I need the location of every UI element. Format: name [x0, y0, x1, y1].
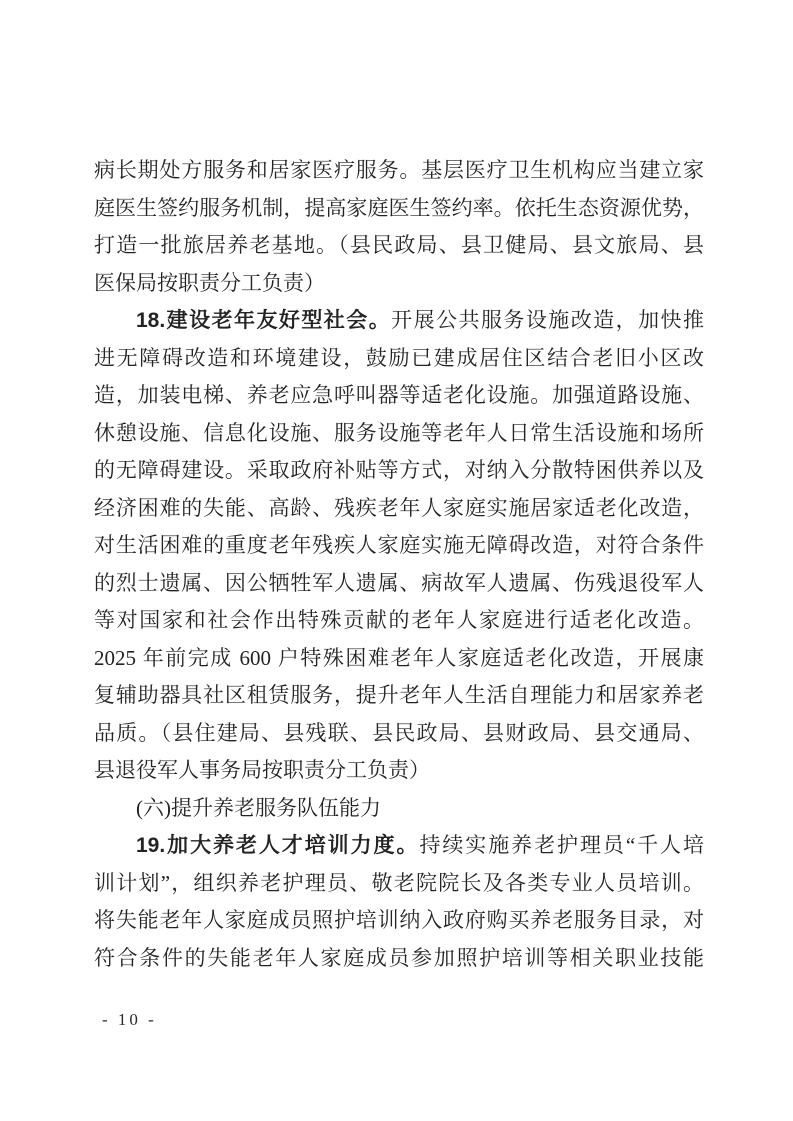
document-page: 病长期处方服务和居家医疗服务。基层医疗卫生机构应当建立家庭医生签约服务机制，提高…	[0, 0, 793, 1121]
line-text: 病长期处方服务和居家医疗服务。基层医疗卫生机构应当建立家	[94, 158, 704, 182]
line-text: 县退役军人事务局按职责分工负责）	[94, 758, 430, 782]
text-line: 符合条件的失能老年人家庭成员参加照护培训等相关职业技能	[94, 940, 704, 978]
line-text: 等对国家和社会作出特殊贡献的老年人家庭进行适老化改造。	[94, 608, 704, 632]
text-line: 对生活困难的重度老年残疾人家庭实施无障碍改造，对符合条件	[94, 527, 704, 565]
text-line: (六)提升养老服务队伍能力	[94, 790, 704, 828]
text-line: 的烈士遗属、因公牺牲军人遗属、病故军人遗属、伤残退役军人	[94, 565, 704, 603]
line-text: 将失能老年人家庭成员照护培训纳入政府购买养老服务目录，对	[94, 908, 704, 932]
line-text: 持续实施养老护理员“千人培	[419, 833, 704, 857]
text-line: 将失能老年人家庭成员照护培训纳入政府购买养老服务目录，对	[94, 902, 704, 940]
text-line: 病长期处方服务和居家医疗服务。基层医疗卫生机构应当建立家	[94, 152, 704, 190]
section-heading: 19.加大养老人才培训力度。	[136, 834, 419, 857]
text-line: 进无障碍改造和环境建设，鼓励已建成居住区结合老旧小区改	[94, 340, 704, 378]
section-heading: 18.建设老年友好型社会。	[136, 309, 391, 332]
text-line: 休憩设施、信息化设施、服务设施等老年人日常生活设施和场所	[94, 415, 704, 453]
text-line: 19.加大养老人才培训力度。持续实施养老护理员“千人培	[94, 827, 704, 865]
line-text: (六)提升养老服务队伍能力	[136, 796, 381, 820]
line-text: 的无障碍建设。采取政府补贴等方式，对纳入分散特困供养以及	[94, 458, 704, 482]
line-text: 经济困难的失能、高龄、残疾老年人家庭实施居家适老化改造，	[94, 496, 704, 520]
text-line: 造，加装电梯、养老应急呼叫器等适老化设施。加强道路设施、	[94, 377, 704, 415]
text-line: 县退役军人事务局按职责分工负责）	[94, 752, 704, 790]
text-line: 打造一批旅居养老基地。（县民政局、县卫健局、县文旅局、县	[94, 227, 704, 265]
line-text: 进无障碍改造和环境建设，鼓励已建成居住区结合老旧小区改	[94, 346, 704, 370]
text-line: 2025 年前完成 600 户特殊困难老年人家庭适老化改造，开展康	[94, 640, 704, 678]
line-text: 庭医生签约服务机制，提高家庭医生签约率。依托生态资源优势，	[94, 196, 704, 220]
text-line: 庭医生签约服务机制，提高家庭医生签约率。依托生态资源优势，	[94, 190, 704, 228]
page-number: - 10 -	[102, 1008, 157, 1032]
text-line: 经济困难的失能、高龄、残疾老年人家庭实施居家适老化改造，	[94, 490, 704, 528]
text-line: 18.建设老年友好型社会。开展公共服务设施改造，加快推	[94, 302, 704, 340]
text-line: 品质。（县住建局、县残联、县民政局、县财政局、县交通局、	[94, 715, 704, 753]
text-line: 等对国家和社会作出特殊贡献的老年人家庭进行适老化改造。	[94, 602, 704, 640]
text-line: 医保局按职责分工负责）	[94, 265, 704, 303]
line-text: 休憩设施、信息化设施、服务设施等老年人日常生活设施和场所	[94, 421, 704, 445]
line-text: 造，加装电梯、养老应急呼叫器等适老化设施。加强道路设施、	[94, 383, 704, 407]
line-text: 打造一批旅居养老基地。（县民政局、县卫健局、县文旅局、县	[94, 233, 704, 257]
text-line: 复辅助器具社区租赁服务，提升老年人生活自理能力和居家养老	[94, 677, 704, 715]
line-text: 2025 年前完成 600 户特殊困难老年人家庭适老化改造，开展康	[94, 646, 704, 670]
line-text: 品质。（县住建局、县残联、县民政局、县财政局、县交通局、	[94, 721, 704, 745]
line-text: 的烈士遗属、因公牺牲军人遗属、病故军人遗属、伤残退役军人	[94, 571, 704, 595]
line-text: 符合条件的失能老年人家庭成员参加照护培训等相关职业技能	[94, 946, 704, 970]
document-body: 病长期处方服务和居家医疗服务。基层医疗卫生机构应当建立家庭医生签约服务机制，提高…	[94, 152, 704, 977]
text-line: 训计划”，组织养老护理员、敬老院院长及各类专业人员培训。	[94, 865, 704, 903]
line-text: 对生活困难的重度老年残疾人家庭实施无障碍改造，对符合条件	[94, 533, 704, 557]
line-text: 训计划”，组织养老护理员、敬老院院长及各类专业人员培训。	[94, 871, 704, 895]
line-text: 开展公共服务设施改造，加快推	[391, 308, 704, 332]
line-text: 医保局按职责分工负责）	[94, 271, 325, 295]
text-line: 的无障碍建设。采取政府补贴等方式，对纳入分散特困供养以及	[94, 452, 704, 490]
line-text: 复辅助器具社区租赁服务，提升老年人生活自理能力和居家养老	[94, 683, 704, 707]
